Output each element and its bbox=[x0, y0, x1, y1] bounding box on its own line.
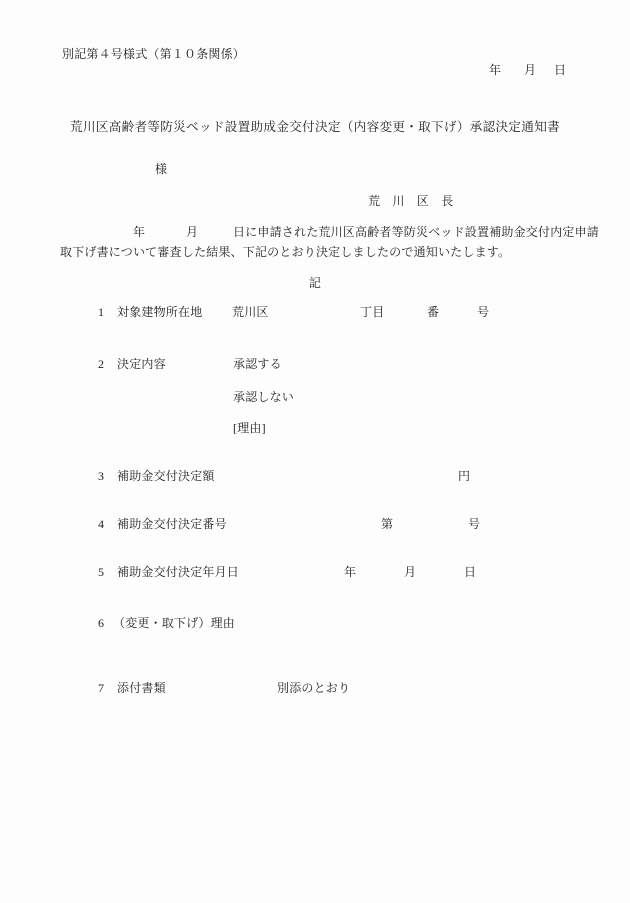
body-line1-text: 日に申請された荒川区高齢者等防災ベッド設置補助金交付内定申請 bbox=[233, 225, 599, 240]
item2-option-approve: 承認する bbox=[233, 357, 282, 372]
issue-date-year-label: 年 bbox=[489, 63, 501, 78]
item4-number: 4 bbox=[98, 517, 104, 532]
sender-title: 荒 川 区 長 bbox=[368, 194, 453, 209]
issue-date-month-label: 月 bbox=[524, 63, 536, 78]
item5-day-label: 日 bbox=[464, 565, 476, 580]
item4-label: 補助金交付決定番号 bbox=[117, 517, 227, 532]
item1-unit-go: 号 bbox=[477, 305, 489, 320]
item2-number: 2 bbox=[98, 357, 104, 372]
issue-date-day-label: 日 bbox=[554, 63, 566, 78]
form-number: 別記第４号様式（第１０条関係） bbox=[62, 47, 245, 62]
application-date-year-label: 年 bbox=[133, 225, 145, 240]
document-title: 荒川区高齢者等防災ベッド設置助成金交付決定（内容変更・取下げ）承認決定通知書 bbox=[0, 120, 630, 136]
record-marker: 記 bbox=[0, 276, 630, 291]
item7-number: 7 bbox=[98, 681, 104, 696]
item5-number: 5 bbox=[98, 565, 104, 580]
item6-number: 6 bbox=[98, 616, 104, 631]
item6-label: （変更・取下げ）理由 bbox=[113, 616, 235, 631]
addressee-suffix: 様 bbox=[155, 162, 167, 177]
item1-number: 1 bbox=[98, 305, 104, 320]
item1-unit-chome: 丁目 bbox=[360, 305, 384, 320]
item2-label: 決定内容 bbox=[117, 357, 166, 372]
item1-city: 荒川区 bbox=[232, 305, 269, 320]
item7-label: 添付書類 bbox=[117, 681, 166, 696]
body-line2-text: 取下げ書について審査した結果、下記のとおり決定しましたので通知いたします。 bbox=[60, 245, 510, 260]
item3-unit-yen: 円 bbox=[458, 469, 470, 484]
item1-unit-ban: 番 bbox=[427, 305, 439, 320]
item2-reason-label: [理由] bbox=[233, 421, 266, 436]
application-date-month-label: 月 bbox=[186, 225, 198, 240]
item2-option-reject: 承認しない bbox=[233, 390, 294, 405]
item3-label: 補助金交付決定額 bbox=[117, 469, 215, 484]
item1-label: 対象建物所在地 bbox=[117, 305, 202, 320]
item4-suffix-go: 号 bbox=[468, 517, 480, 532]
item7-value: 別添のとおり bbox=[277, 681, 350, 696]
document-page: 別記第４号様式（第１０条関係） 年 月 日 荒川区高齢者等防災ベッド設置助成金交… bbox=[0, 0, 630, 903]
item5-label: 補助金交付決定年月日 bbox=[117, 565, 239, 580]
item3-number: 3 bbox=[98, 469, 104, 484]
item5-month-label: 月 bbox=[404, 565, 416, 580]
item5-year-label: 年 bbox=[344, 565, 356, 580]
item4-prefix-dai: 第 bbox=[381, 517, 393, 532]
